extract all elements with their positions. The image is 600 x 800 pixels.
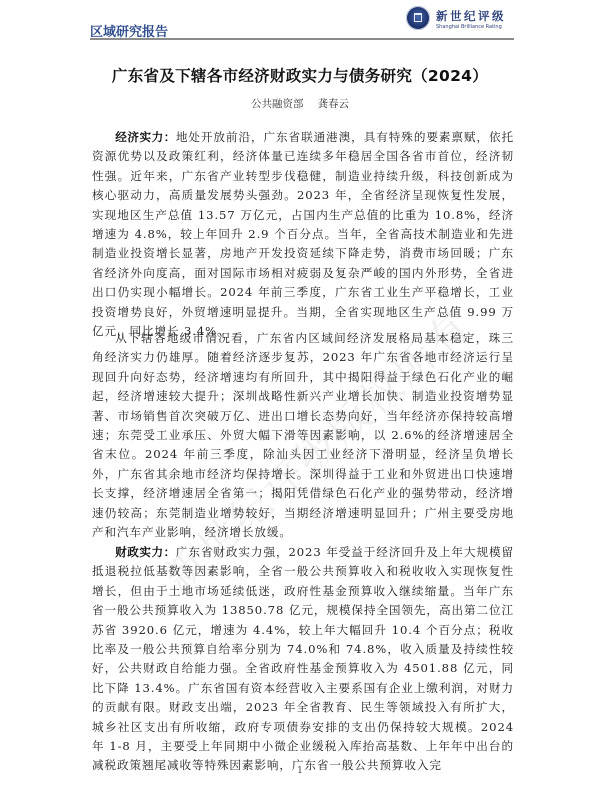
- paragraph-lead: 财政实力：: [115, 545, 176, 559]
- page-header: 区域研究报告 新世纪评级 Shanghai Brilliance Rating: [90, 0, 514, 40]
- brand-logo: 新世纪评级 Shanghai Brilliance Rating: [406, 4, 516, 34]
- paragraph-economic-strength: 经济实力：地处开放前沿，广东省联通港澳，具有特殊的要素禀赋，依托资源优势以及政策…: [92, 128, 514, 341]
- author-line: 公共融资部龚春云: [0, 96, 600, 111]
- header-divider: [90, 38, 514, 40]
- logo-name-cn: 新世纪评级: [436, 8, 506, 24]
- paragraph-text: 从下辖各地级市情况看，广东省内区域间经济发展格局基本稳定，珠三角经济实力仍雄厚。…: [92, 331, 514, 539]
- paragraph-fiscal-strength: 财政实力：广东省财政实力强，2023 年受益于经济回升及上年大规模留抵退税拉低基…: [92, 543, 514, 776]
- document-title: 广东省及下辖各市经济财政实力与债务研究（2024）: [0, 64, 600, 86]
- paragraph-text: 广东省财政实力强，2023 年受益于经济回升及上年大规模留抵退税拉低基数等因素影…: [92, 545, 514, 772]
- emblem-icon: [406, 6, 430, 30]
- paragraph-text: 地处开放前沿，广东省联通港澳，具有特殊的要素禀赋，依托资源优势以及政策红利，经济…: [92, 130, 514, 338]
- paragraph-lead: 经济实力：: [115, 130, 176, 144]
- author-name: 龚春云: [318, 98, 350, 110]
- page-number: 1: [0, 766, 600, 776]
- logo-name-en: Shanghai Brilliance Rating: [436, 24, 502, 30]
- paragraph-prefecture-cities: 从下辖各地级市情况看，广东省内区域间经济发展格局基本稳定，珠三角经济实力仍雄厚。…: [92, 329, 514, 542]
- department: 公共融资部: [251, 98, 304, 110]
